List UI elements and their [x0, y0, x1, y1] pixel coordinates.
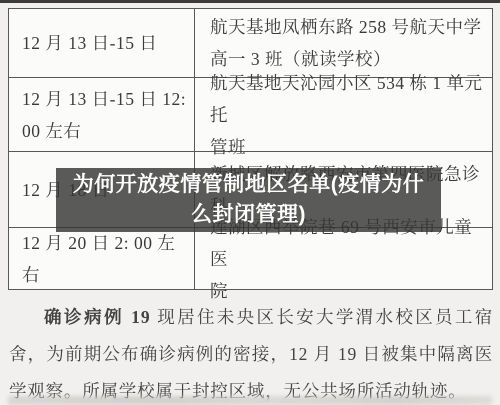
top-border-bar — [0, 0, 500, 3]
location-cell: 莲湖区西举院巷 69 号西安市儿童医 院 — [195, 228, 492, 289]
date-cell: 12 月 13 日-15 日 12: 00 左右 — [9, 78, 195, 151]
cropped-text-blur — [8, 396, 492, 405]
caption-title: 为何开放疫情管制地区名单(疫情为什 么封闭管理) — [73, 170, 425, 230]
date-cell: 12 月 20 日 2: 00 左右 — [9, 228, 195, 289]
date-cell: 12 月 13 日-15 日 — [9, 9, 195, 77]
case-label: 确诊病例 19 — [44, 307, 151, 327]
table-row: 12 月 13 日-15 日 12: 00 左右 航天基地天沁园小区 534 栋… — [9, 78, 492, 152]
table-row: 12 月 20 日 2: 00 左右 莲湖区西举院巷 69 号西安市儿童医 院 — [9, 228, 492, 289]
exposure-schedule-table: 12 月 13 日-15 日 航天基地凤栖东路 258 号航天中学 高一 3 班… — [8, 8, 493, 290]
case-description-paragraph: 确诊病例 19 现居住未央区长安大学渭水校区员工宿舍，为前期公布确诊病例的密接，… — [9, 299, 493, 405]
location-cell: 航天基地天沁园小区 534 栋 1 单元托 管班 — [195, 78, 492, 151]
caption-overlay: 为何开放疫情管制地区名单(疫情为什 么封闭管理) — [56, 168, 441, 232]
